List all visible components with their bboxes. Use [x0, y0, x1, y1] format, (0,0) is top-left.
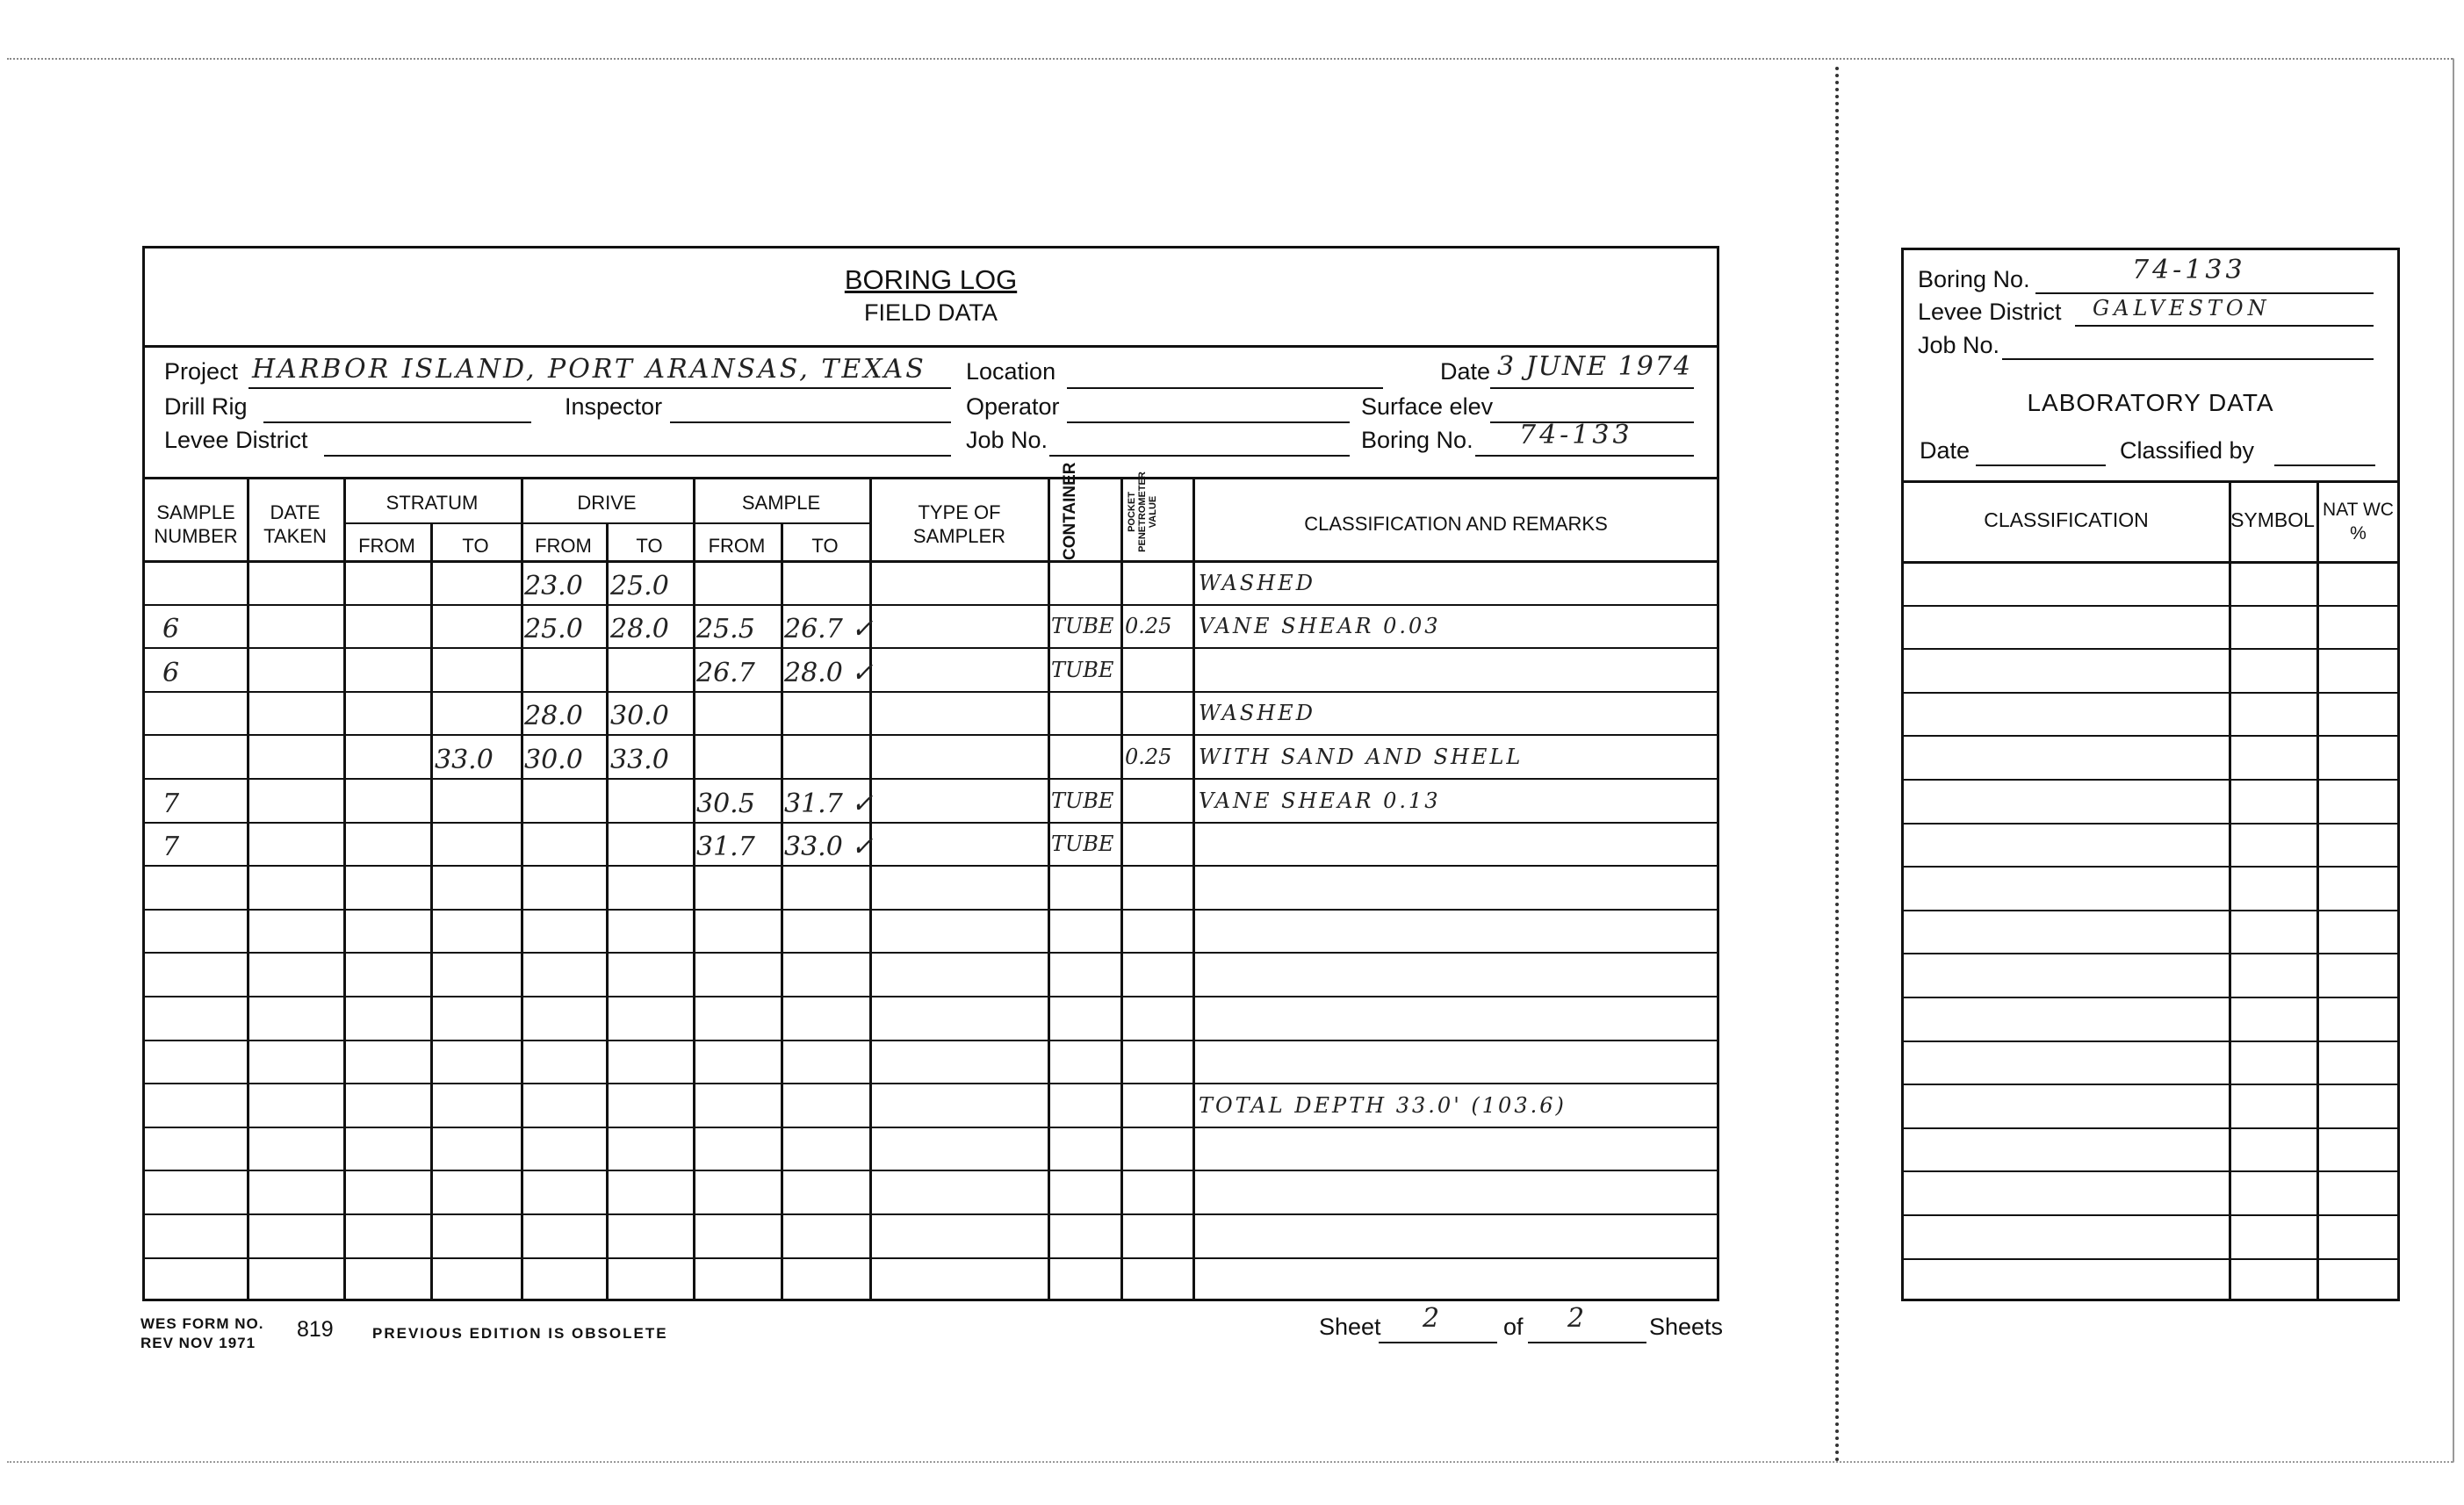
boring-no-label: Boring No.	[1361, 427, 1473, 454]
lab-boring-no-value: 74-133	[2132, 255, 2246, 285]
row-divider	[145, 1127, 1717, 1128]
row-divider	[145, 952, 1717, 954]
col-header-sample-to: TO	[781, 534, 869, 558]
col-header-container: CONTAINER	[1061, 462, 1080, 560]
divider	[145, 477, 1717, 479]
col-divider	[693, 477, 695, 1301]
classified-by-field[interactable]	[2274, 464, 2375, 466]
lab-table-row[interactable]	[1904, 605, 2397, 607]
col-header-sample-from: FROM	[693, 534, 781, 558]
divider	[1904, 561, 2397, 564]
row-divider	[145, 1213, 1717, 1215]
col-header-drive-from: FROM	[521, 534, 606, 558]
lab-table-row[interactable]	[1904, 1170, 2397, 1172]
pocket-penetrometer-cell[interactable]: 0.25	[1125, 745, 1171, 769]
remarks-cell[interactable]: VANE SHEAR 0.13	[1199, 789, 1441, 813]
sample-number-cell[interactable]: 7	[162, 832, 179, 862]
of-value: 2	[1567, 1303, 1584, 1334]
divider	[145, 345, 1717, 348]
boring-no-field[interactable]	[1475, 455, 1694, 457]
remarks-cell[interactable]: WITH SAND AND SHELL	[1199, 745, 1523, 769]
sheets-label: Sheets	[1649, 1314, 1723, 1341]
drive-to-cell[interactable]: 25.0	[610, 571, 669, 601]
of-label: of	[1503, 1314, 1524, 1341]
form-title: BORING LOG	[145, 264, 1717, 296]
pocket-penetrometer-cell[interactable]: 0.25	[1125, 614, 1171, 638]
laboratory-data-panel: Boring No. 74-133 Levee District GALVEST…	[1901, 248, 2400, 1301]
lab-date-field[interactable]	[1976, 464, 2106, 466]
col-divider	[781, 522, 783, 1301]
form-number: 819	[297, 1317, 334, 1343]
row-divider	[145, 691, 1717, 693]
project-value: HARBOR ISLAND, PORT ARANSAS, TEXAS	[252, 354, 926, 385]
lab-table-row[interactable]	[1904, 1041, 2397, 1042]
date-field[interactable]	[1490, 387, 1694, 389]
paper-bottom-edge	[7, 1461, 2453, 1463]
col-header-stratum: STRATUM	[343, 491, 521, 515]
sample-from-cell[interactable]: 30.5	[696, 789, 755, 819]
lab-table-row[interactable]	[1904, 648, 2397, 650]
col-divider	[430, 522, 433, 1301]
operator-label: Operator	[966, 393, 1060, 421]
sheet-value: 2	[1423, 1303, 1439, 1334]
lab-table-row[interactable]	[1904, 692, 2397, 694]
row-divider	[145, 734, 1717, 736]
remarks-cell[interactable]: WASHED	[1199, 701, 1315, 725]
drive-from-cell[interactable]: 30.0	[524, 745, 583, 775]
row-divider	[145, 909, 1717, 911]
remarks-cell[interactable]: VANE SHEAR 0.03	[1199, 614, 1441, 638]
inspector-label: Inspector	[565, 393, 662, 421]
project-field[interactable]	[249, 387, 951, 389]
form-no-line1: WES FORM NO.	[140, 1314, 263, 1334]
sheet-field[interactable]	[1379, 1342, 1497, 1343]
row-divider	[145, 778, 1717, 780]
boring-no-value: 74-133	[1519, 420, 1633, 450]
remarks-cell[interactable]: WASHED	[1199, 571, 1315, 595]
paper-right-edge	[2453, 58, 2454, 1463]
col-header-drive-to: TO	[606, 534, 693, 558]
form-no-line2: REV NOV 1971	[140, 1334, 263, 1353]
lab-table-row[interactable]	[1904, 997, 2397, 998]
form-title-text: BORING LOG	[845, 264, 1017, 295]
row-divider	[145, 1257, 1717, 1259]
col-header-drive: DRIVE	[521, 491, 693, 515]
drive-to-cell[interactable]: 33.0	[610, 745, 669, 775]
divider	[1904, 480, 2397, 483]
sample-to-cell[interactable]: 28.0 ✓	[784, 658, 873, 688]
drive-to-cell[interactable]: 28.0	[610, 614, 669, 644]
sample-number-cell[interactable]: 6	[162, 658, 179, 688]
col-header-pocket-penetrometer: POCKET PENETROMETER VALUE	[1127, 463, 1158, 561]
surface-elev-label: Surface elev	[1361, 393, 1493, 421]
col-divider	[1192, 477, 1195, 1301]
inspector-field[interactable]	[670, 421, 951, 423]
job-no-label: Job No.	[966, 427, 1048, 454]
divider	[145, 560, 1717, 563]
row-divider	[145, 1083, 1717, 1084]
row-divider	[145, 647, 1717, 649]
nat-wc-unit: %	[2316, 522, 2400, 545]
drive-to-cell[interactable]: 30.0	[610, 701, 669, 731]
container-cell[interactable]: TUBE	[1051, 789, 1113, 813]
drill-rig-label: Drill Rig	[164, 393, 248, 421]
lab-table-row[interactable]	[1904, 1214, 2397, 1216]
location-label: Location	[966, 358, 1055, 385]
paper-top-edge	[7, 58, 2453, 60]
col-header-stratum-from: FROM	[343, 534, 430, 558]
of-field[interactable]	[1528, 1342, 1646, 1343]
date-label: Date	[1440, 358, 1490, 385]
project-label: Project	[164, 358, 238, 385]
lab-title: LABORATORY DATA	[1904, 389, 2397, 417]
sample-to-cell[interactable]: 31.7 ✓	[784, 789, 873, 819]
row-divider	[145, 604, 1717, 606]
lab-levee-district-field[interactable]	[2075, 325, 2374, 327]
date-value: 3 JUNE 1974	[1497, 351, 1692, 382]
classified-by-label: Classified by	[2120, 437, 2254, 464]
drill-rig-field[interactable]	[263, 421, 531, 423]
col-header-sample: SAMPLE	[693, 491, 869, 515]
lab-levee-district-value: GALVESTON	[2093, 296, 2271, 320]
lab-col-header-symbol: SYMBOL	[2229, 508, 2316, 532]
col-divider	[343, 477, 346, 1301]
sample-number-cell[interactable]: 6	[162, 614, 179, 644]
drive-from-cell[interactable]: 28.0	[524, 701, 583, 731]
lab-job-no-label: Job No.	[1918, 332, 1999, 359]
lab-table-row[interactable]	[1904, 823, 2397, 825]
lab-table-row[interactable]	[1904, 735, 2397, 737]
lab-job-no-field[interactable]	[2002, 358, 2374, 360]
col-divider	[2229, 480, 2231, 1301]
sample-from-cell[interactable]: 31.7	[696, 832, 755, 862]
col-divider	[1048, 477, 1050, 1301]
col-divider	[606, 522, 609, 1301]
levee-district-field[interactable]	[324, 455, 951, 457]
lab-table-row[interactable]	[1904, 866, 2397, 868]
boring-log-form: BORING LOG FIELD DATA Project HARBOR ISL…	[142, 246, 1719, 1301]
obsolete-note: PREVIOUS EDITION IS OBSOLETE	[372, 1324, 668, 1343]
form-number-block: WES FORM NO. REV NOV 1971	[140, 1314, 263, 1353]
lab-col-header-nat-wc: NAT WC %	[2316, 498, 2400, 545]
lab-levee-district-label: Levee District	[1918, 299, 2062, 326]
sample-to-cell[interactable]: 26.7 ✓	[784, 614, 873, 644]
col-header-stratum-to: TO	[430, 534, 521, 558]
location-field[interactable]	[1067, 387, 1383, 389]
col-header-type-of-sampler: TYPE OF SAMPLER	[887, 500, 1032, 548]
col-divider	[2316, 480, 2319, 1301]
lab-table-row[interactable]	[1904, 779, 2397, 781]
container-cell[interactable]: TUBE	[1051, 614, 1113, 638]
row-divider	[145, 1040, 1717, 1041]
drive-from-cell[interactable]: 25.0	[524, 614, 583, 644]
col-header-date-taken: DATE TAKEN	[247, 500, 343, 548]
sample-from-cell[interactable]: 25.5	[696, 614, 755, 644]
sheet-label: Sheet	[1319, 1314, 1381, 1341]
drive-from-cell[interactable]: 23.0	[524, 571, 583, 601]
row-divider	[145, 865, 1717, 867]
remarks-cell[interactable]: TOTAL DEPTH 33.0' (103.6)	[1199, 1093, 1567, 1118]
perforation-line	[1835, 67, 1839, 1463]
col-divider	[247, 477, 249, 1301]
container-cell[interactable]: TUBE	[1051, 832, 1113, 856]
lab-date-label: Date	[1920, 437, 1970, 464]
lab-boring-no-label: Boring No.	[1918, 266, 2030, 293]
lab-table-row[interactable]	[1904, 1258, 2397, 1260]
nat-wc-label: NAT WC	[2316, 498, 2400, 522]
lab-table-row[interactable]	[1904, 910, 2397, 911]
row-divider	[145, 996, 1717, 997]
sample-number-cell[interactable]: 7	[162, 789, 179, 819]
row-divider	[145, 822, 1717, 824]
job-no-field[interactable]	[1049, 455, 1350, 457]
col-header-sample-number: SAMPLE NUMBER	[145, 500, 247, 548]
lab-table-row[interactable]	[1904, 1127, 2397, 1129]
sample-from-cell[interactable]: 26.7	[696, 658, 755, 688]
lab-col-header-classification: CLASSIFICATION	[1904, 508, 2229, 532]
form-subtitle: FIELD DATA	[145, 299, 1717, 327]
lab-table-row[interactable]	[1904, 953, 2397, 954]
col-divider	[521, 477, 523, 1301]
levee-district-label: Levee District	[164, 427, 308, 454]
col-header-classification: CLASSIFICATION AND REMARKS	[1192, 512, 1719, 536]
container-cell[interactable]: TUBE	[1051, 658, 1113, 682]
col-divider	[869, 477, 872, 1301]
stratum-to-cell[interactable]: 33.0	[435, 745, 494, 775]
operator-field[interactable]	[1067, 421, 1350, 423]
col-divider	[1120, 477, 1123, 1301]
sample-to-cell[interactable]: 33.0 ✓	[784, 832, 873, 862]
row-divider	[145, 1170, 1717, 1171]
lab-boring-no-field[interactable]	[2035, 292, 2374, 294]
lab-table-row[interactable]	[1904, 1084, 2397, 1085]
